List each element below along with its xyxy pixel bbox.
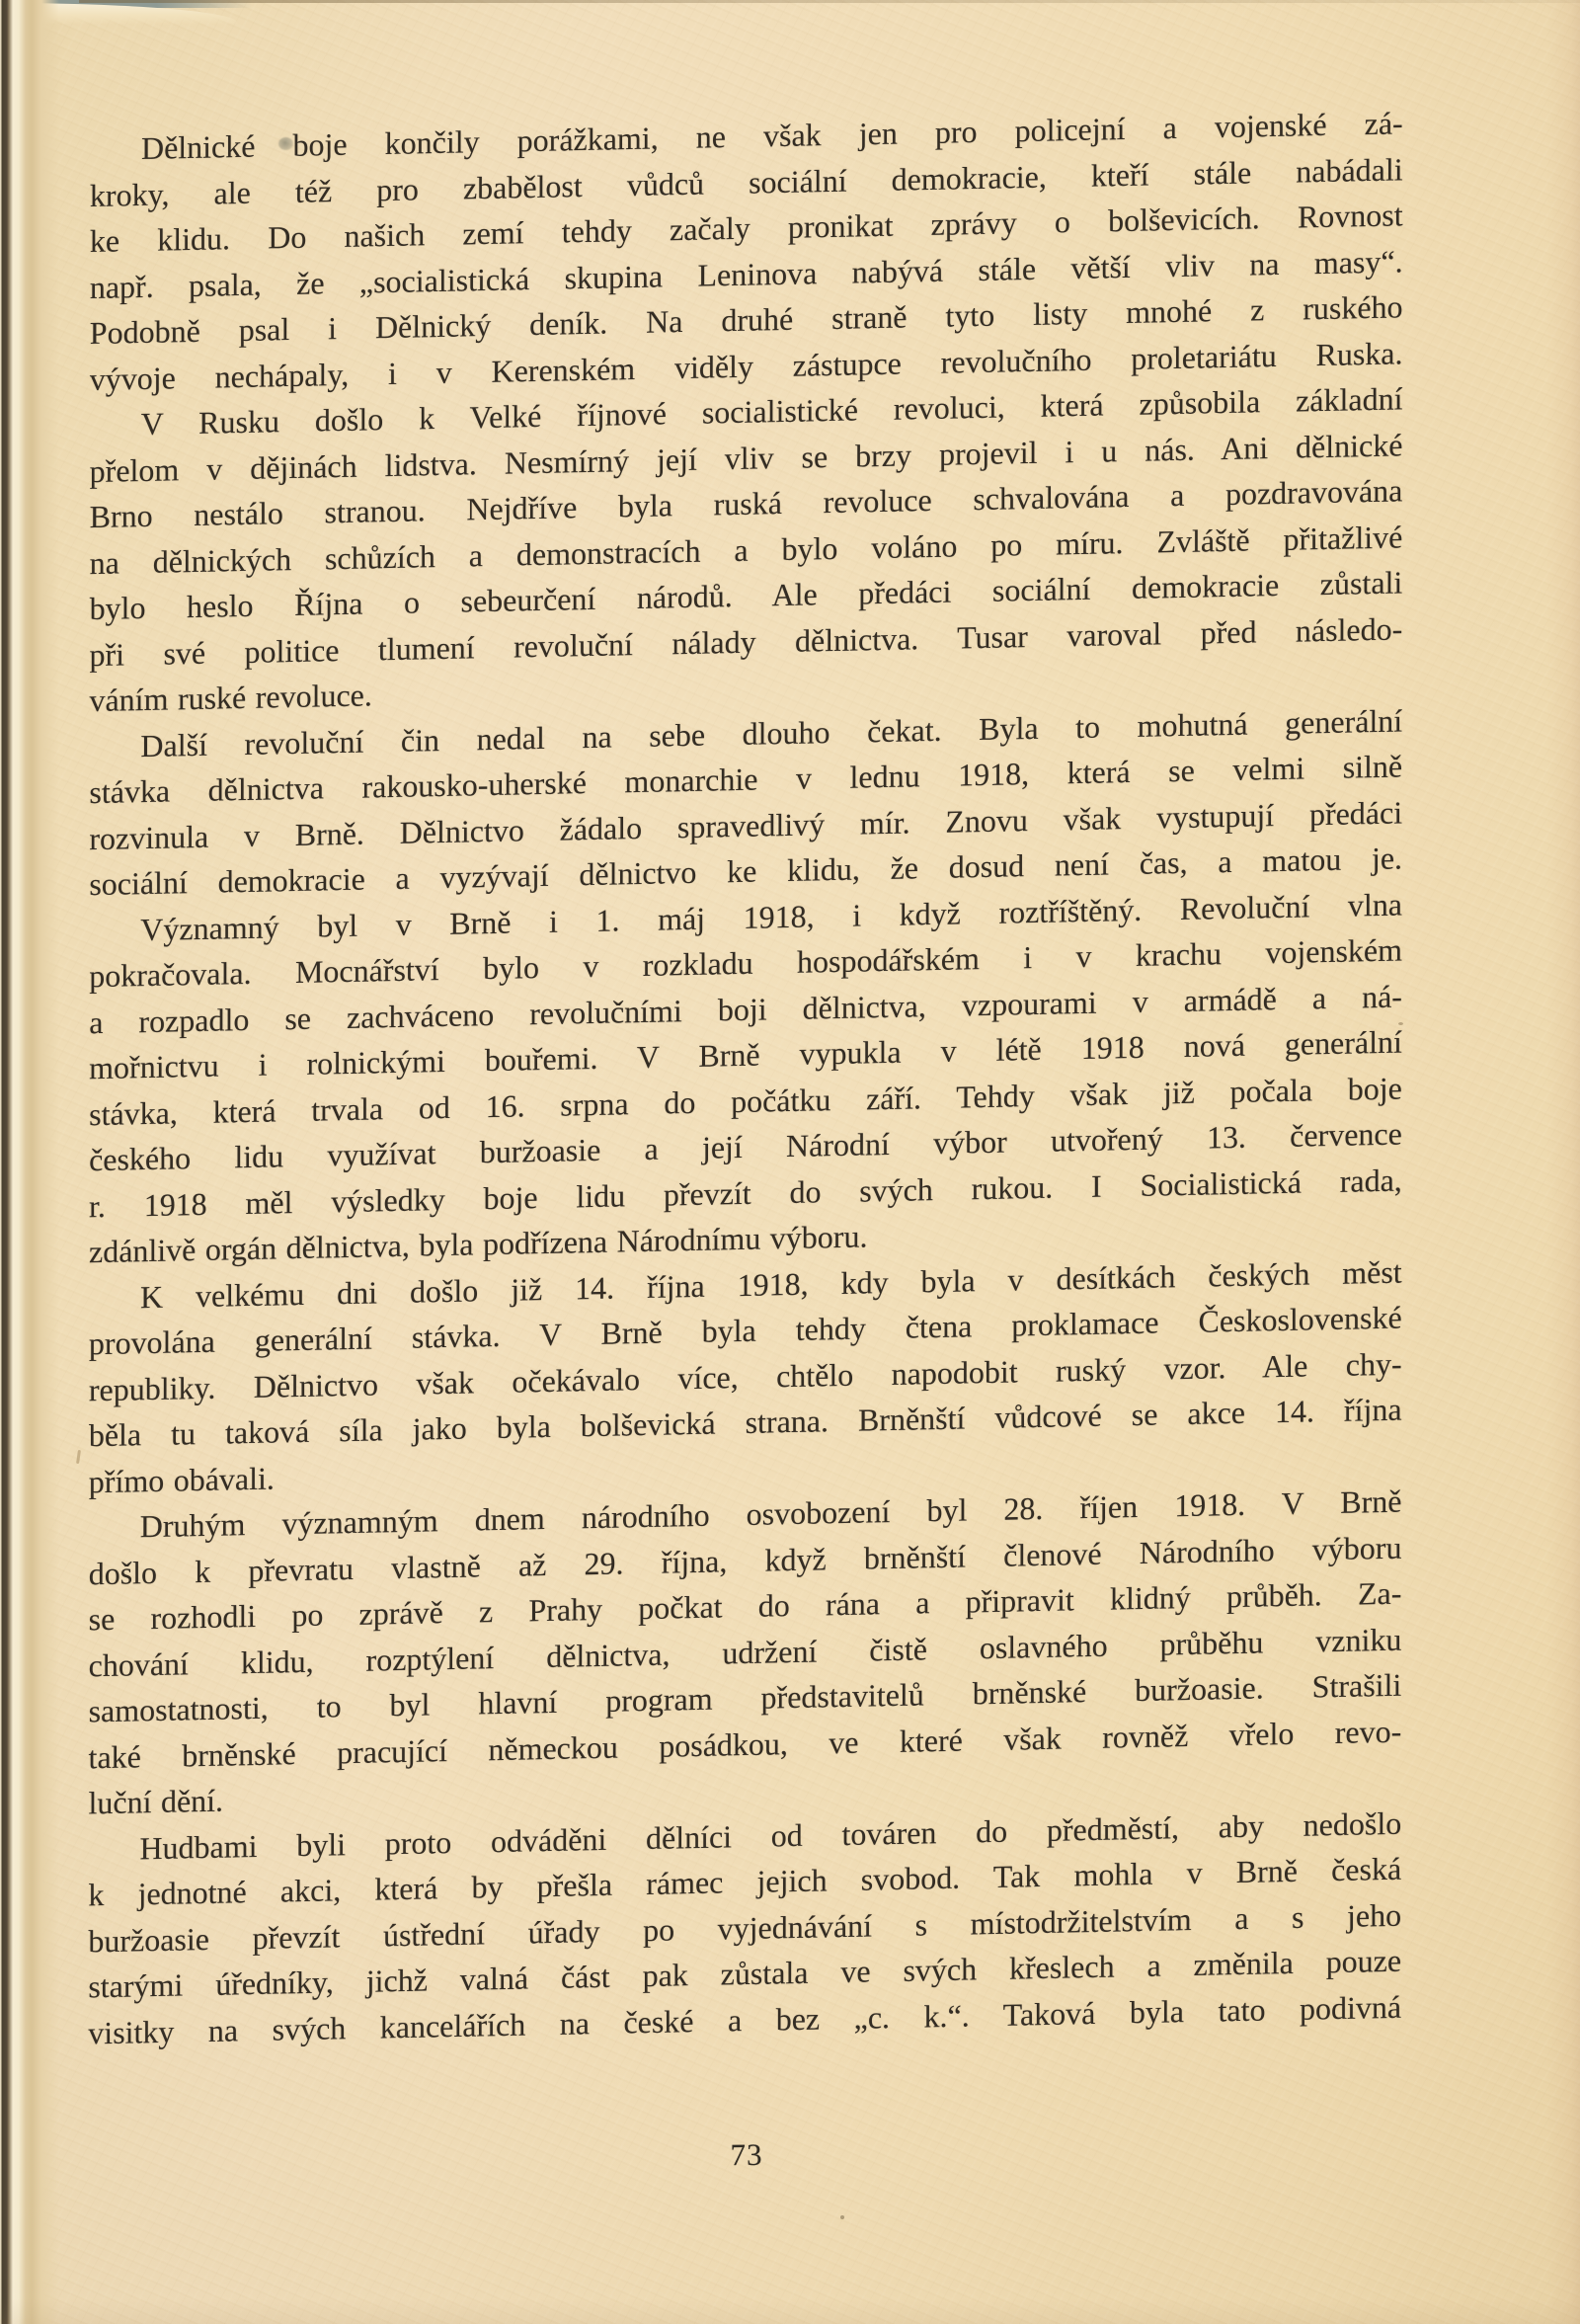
page-number: 73 <box>90 2130 1403 2180</box>
page-gutter-shadow <box>0 0 59 2324</box>
page-right-shade <box>1546 0 1580 2324</box>
page-text: Dělnické boje končily porážkami, ne však… <box>88 100 1402 2055</box>
ink-smudge <box>278 137 293 150</box>
paper-speck <box>76 1450 81 1464</box>
paper-speck <box>1398 1022 1403 1025</box>
paper-speck <box>840 2215 844 2219</box>
scanned-page: Dělnické boje končily porážkami, ne však… <box>0 0 1580 2324</box>
page-top-shadow <box>79 0 1580 3</box>
page-bottom-shade <box>0 2298 1580 2324</box>
